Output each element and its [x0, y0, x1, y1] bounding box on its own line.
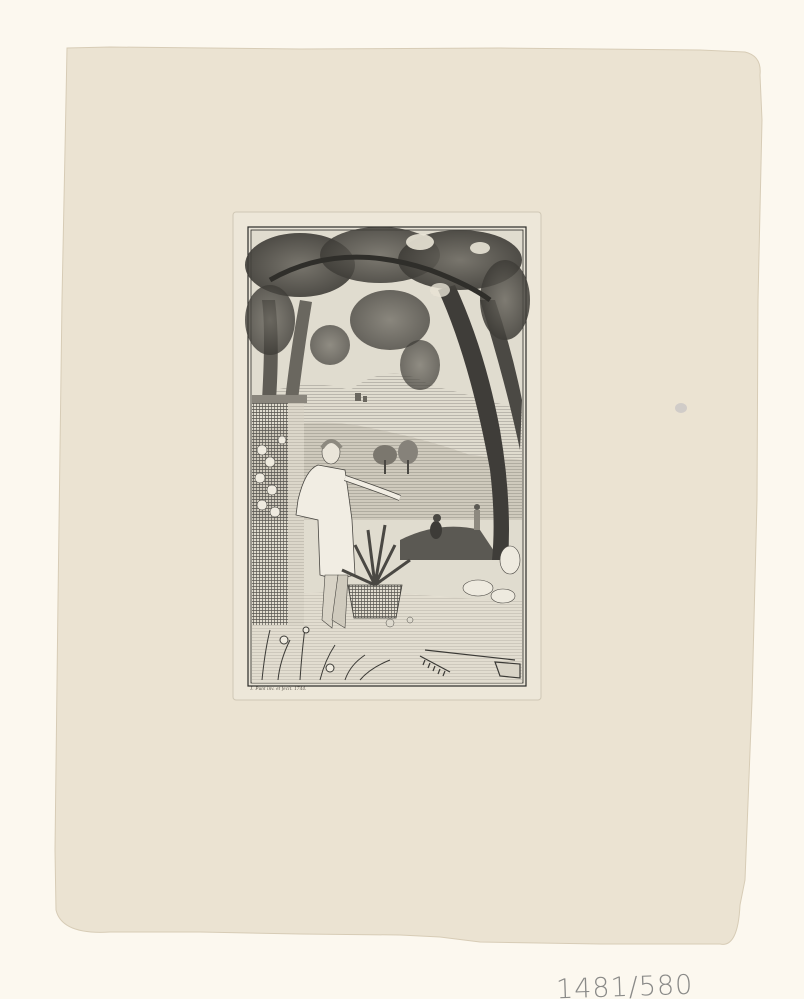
scanned-sheet — [0, 0, 804, 999]
paper-spot — [675, 403, 687, 413]
engraver-caption: J. Punt inv. et fecit. 1744. — [250, 687, 306, 692]
engraving-scene — [245, 227, 530, 683]
inventory-number: 1481/580 — [556, 970, 694, 999]
